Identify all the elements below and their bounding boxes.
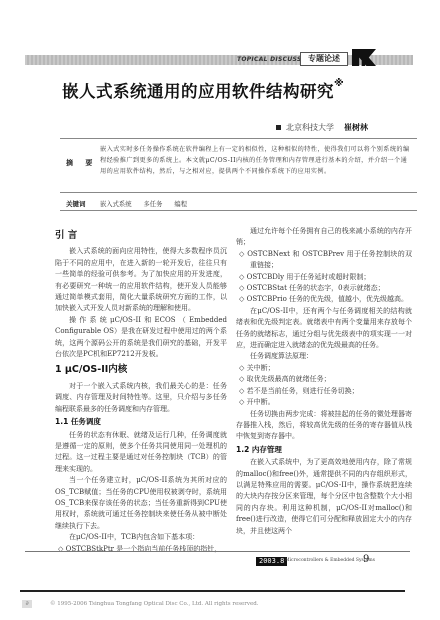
paragraph: 当一个任务建立时，μC/OS-II系统为其所对应的OS_TCB赋值；当任务的CP… xyxy=(55,475,227,532)
section-label-en: TOPICAL DISCUSS xyxy=(237,56,302,63)
subsection-heading: 1.1 任务调度 xyxy=(55,416,227,427)
abstract-label: 摘 要 xyxy=(66,158,97,168)
author-line: 北京科技大学崔树林 xyxy=(276,122,368,133)
divider xyxy=(60,192,417,193)
bottom-rule xyxy=(20,590,405,592)
author-affiliation: 北京科技大学 xyxy=(286,123,334,132)
list-item: ◇ OSTCBStkPtr 是一个指向当前任务栈顶的指针， xyxy=(55,544,227,555)
paragraph: 在μC/OS-II中，还有两个与任务调度相关的结构就绪表和优先级判定表。就绪表中… xyxy=(236,306,412,352)
footer-divider xyxy=(25,551,410,552)
author-name: 崔树林 xyxy=(344,122,368,132)
intro-heading: 引 言 xyxy=(55,230,227,241)
paragraph: 任务的状态有休眠、就绪及运行几种，任务调度就是遵循一定的原则，使多个任务共同使用… xyxy=(55,430,227,476)
list-item: ◇ 若不是当前任务，则进行任务切换； xyxy=(236,386,412,397)
paragraph: 任务切换由两步完成：将被挂起的任务的微处理器寄存器推入栈，然后，将较高优先级的任… xyxy=(236,409,412,443)
section-label-cn: 专题论述 xyxy=(300,52,348,66)
list-item: ◇ OSTCBPrio 任务的优先级，值越小，优先级越高。 xyxy=(236,294,412,305)
paragraph: 操作系统μC/OS-II和ECOS（Embedded Configurable … xyxy=(55,315,227,361)
paragraph: 在嵌入式系统中，为了更高效地使用内存，除了常规的malloc()和free()外… xyxy=(236,457,412,537)
paragraph: 通过允许每个任务拥有自己的栈来减小系统的内存开销； xyxy=(236,226,412,249)
keywords-label: 关键词 xyxy=(66,199,86,208)
copyright-notice: © 1995-2006 Tsinghua Tongfang Optical Di… xyxy=(50,601,259,607)
abstract-text: 嵌入式实时多任务操作系统在软件编程上有一定的相似性，这种相似的特性，使得我们可以… xyxy=(100,144,412,177)
paper-title: 嵌人式系统通用的应用软件结构研究※ xyxy=(62,78,344,102)
square-bullet-icon xyxy=(276,125,281,130)
publisher-icon: ∂ xyxy=(22,600,32,608)
section-heading: 1 μC/OS-II内核 xyxy=(55,364,227,375)
paragraph: 在μC/OS-II中，TCB内包含如下基本项： xyxy=(55,532,227,543)
issue-date: 2003.8 xyxy=(256,557,287,566)
divider xyxy=(60,210,417,211)
list-item: ◇ OSTCBStat 任务的状态字，0表示就绪态； xyxy=(236,283,412,294)
list-item: ◇ 关中断； xyxy=(236,363,412,374)
paragraph: 对于一个嵌入式系统内核，我们最关心的是：任务调度、内存管理及时间特性等。这里，只… xyxy=(55,381,227,415)
keywords-list: 嵌入式系统 多任务 编程 xyxy=(100,199,187,208)
journal-name: Microcontrollers & Embedded Systems xyxy=(285,558,375,563)
list-item: ◇ 开中断。 xyxy=(236,397,412,408)
paragraph: 任务调度算法原理： xyxy=(236,351,412,362)
list-item: ◇ OSTCBNext 和 OSTCBPrev 用于任务控制块的双重链接； xyxy=(236,249,412,272)
list-item: ◇ OSTCBDly 用于任务延时或超时限制； xyxy=(236,272,412,283)
subsection-heading: 1.2 内存管理 xyxy=(236,444,412,455)
page-number: 9 xyxy=(363,554,369,565)
divider xyxy=(60,138,417,139)
list-item: ◇ 取优先级最高的就绪任务； xyxy=(236,374,412,385)
paragraph: 嵌入式系统的面向应用特性，使得大多数程序员沉陷于不同的应用中，在进入新的一轮开发… xyxy=(55,246,227,314)
left-column: 引 言 嵌入式系统的面向应用特性，使得大多数程序员沉陷于不同的应用中，在进入新的… xyxy=(55,226,227,555)
right-column: 通过允许每个任务拥有自己的栈来减小系统的内存开销； ◇ OSTCBNext 和 … xyxy=(236,226,412,537)
